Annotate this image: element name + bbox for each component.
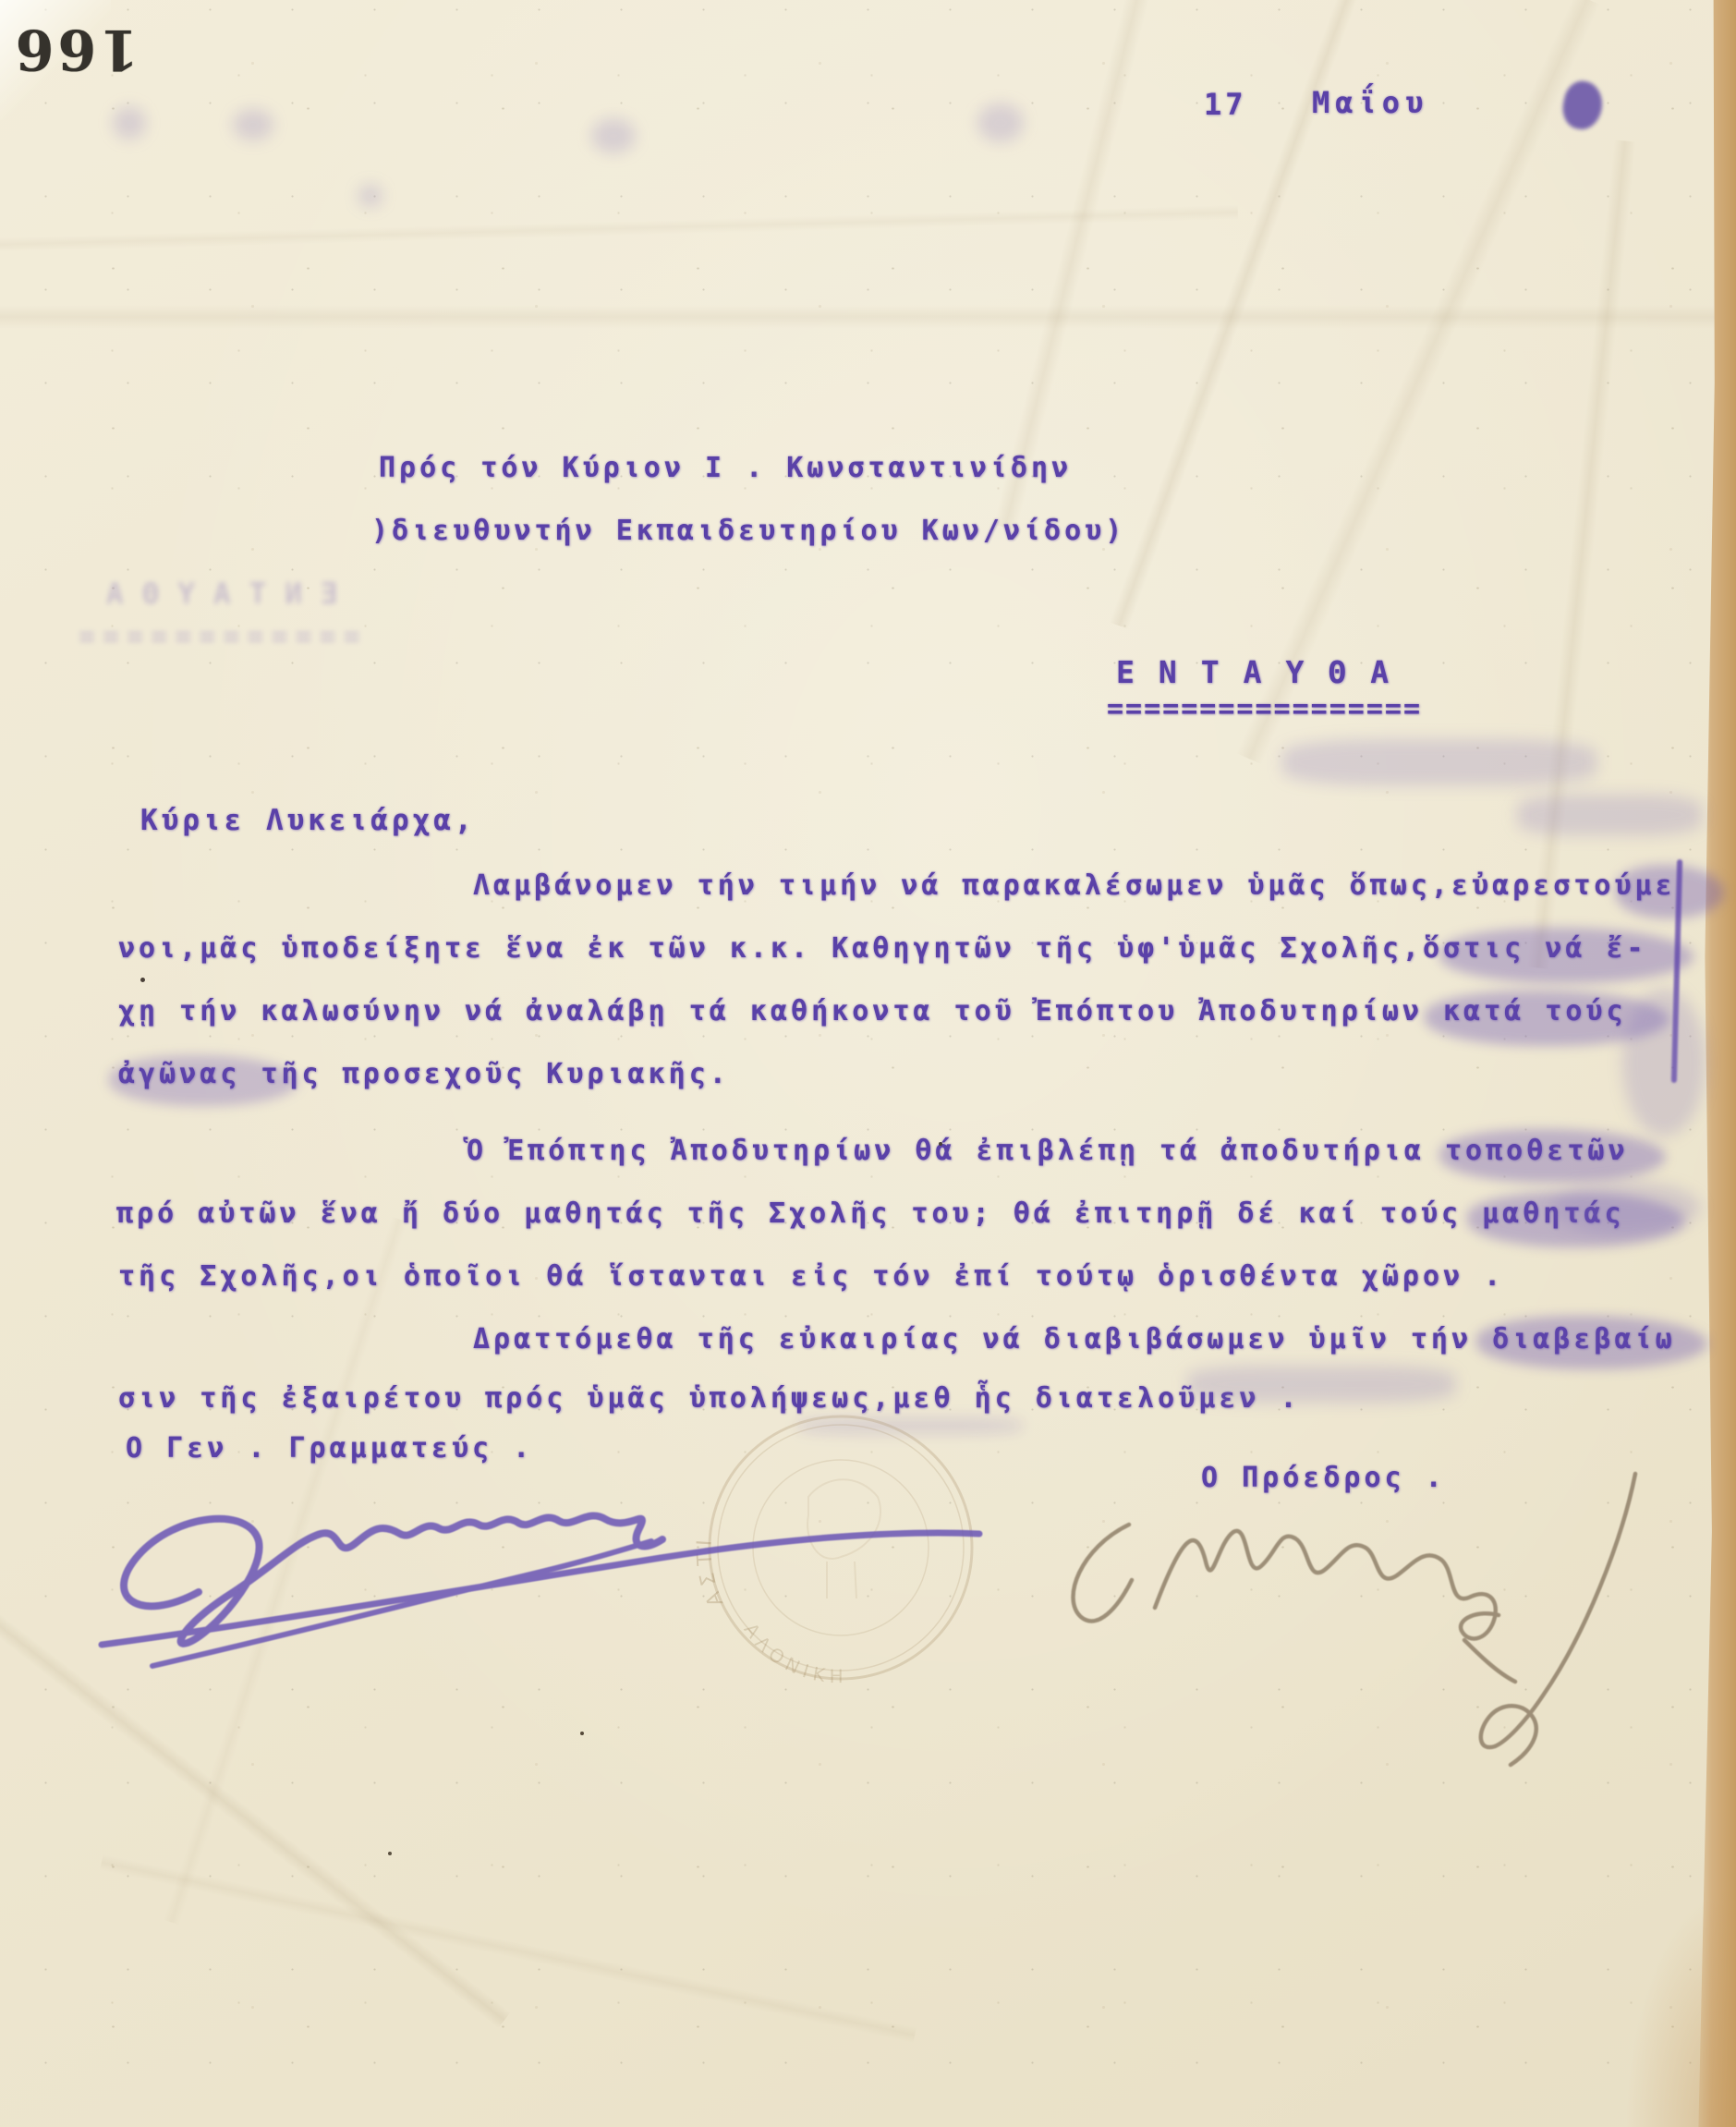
- ink-bleed-spot: [1622, 989, 1706, 1136]
- recipient-line: Πρός τόν Κύριον Ι . Κωνσταντινίδην: [379, 452, 1072, 484]
- body-line: Ὁ Ἐπόπτης Ἀποδυτηρίων θά ἐπιβλέπῃ τά ἀπο…: [467, 1135, 1629, 1167]
- bleedthrough-underline: ============: [79, 621, 368, 653]
- paper-crease: [100, 1854, 917, 2044]
- date-month: Μαΐου: [1312, 85, 1428, 120]
- paper-crease: [1527, 140, 1636, 969]
- page-edge-shadow: [1625, 1887, 1736, 2127]
- letter-scan-page: 166 17 Μαΐου Πρός τόν Κύριον Ι . Κωνσταν…: [0, 0, 1736, 2127]
- paper-crease: [0, 205, 1238, 254]
- ink-bleed-spot: [1517, 795, 1702, 835]
- here-underline: =================: [1107, 693, 1422, 725]
- ink-bleed-spot: [113, 106, 146, 140]
- paper-fleck: [580, 1732, 584, 1735]
- page-edge: [1682, 0, 1736, 2127]
- ink-bleed-spot: [233, 109, 273, 140]
- body-line: Λαμβάνομεν τήν τιμήν νά παρακαλέσωμεν ὑμ…: [473, 869, 1676, 902]
- ink-bleed-spot: [591, 118, 636, 153]
- secretary-label: Ο Γεν . Γραμματεύς .: [126, 1432, 533, 1465]
- ink-bleed-spot: [358, 185, 382, 207]
- body-line: τῆς Σχολῆς,οι ὁποῖοι θά ἵστανται εἰς τόν…: [118, 1260, 1504, 1293]
- body-line: ἀγῶνας τῆς προσεχοῦς Κυριακῆς.: [118, 1058, 730, 1090]
- ink-bleed-spot: [977, 103, 1024, 142]
- bleedthrough-entautha: ΕΝΤΑΥΘΑ: [88, 577, 338, 611]
- paper-crease: [993, 0, 1155, 530]
- date-day: 17: [1204, 87, 1247, 122]
- here-heading: ΕΝΤΑΥΘΑ: [1116, 654, 1413, 690]
- archive-number-stamp: 166: [31, 15, 139, 83]
- recipient-line: )διευθυντήν Εκπαιδευτηρίου Κων/νίδου): [371, 515, 1125, 547]
- body-line: νοι,μᾶς ὑποδείξητε ἕνα ἐκ τῶν κ.κ. Καθηγ…: [118, 932, 1647, 965]
- body-line: πρό αὐτῶν ἕνα ἤ δύο μαθητάς τῆς Σχολῆς τ…: [116, 1197, 1625, 1230]
- salutation: Κύριε Λυκειάρχα,: [140, 804, 476, 837]
- paper-crease: [0, 305, 1736, 329]
- body-line: Δραττόμεθα τῆς εὐκαιρίας νά διαβιβάσωμεν…: [473, 1323, 1676, 1355]
- paper-fleck: [140, 978, 145, 982]
- president-signature: [1044, 1460, 1709, 1793]
- secretary-signature: [88, 1486, 993, 1689]
- date-ink-blot: [1559, 78, 1607, 133]
- ink-bleed-spot: [1282, 739, 1596, 785]
- body-line: χῃ τήν καλωσύνην νά ἀναλάβῃ τά καθήκοντα…: [118, 995, 1627, 1027]
- paper-fleck: [388, 1852, 392, 1855]
